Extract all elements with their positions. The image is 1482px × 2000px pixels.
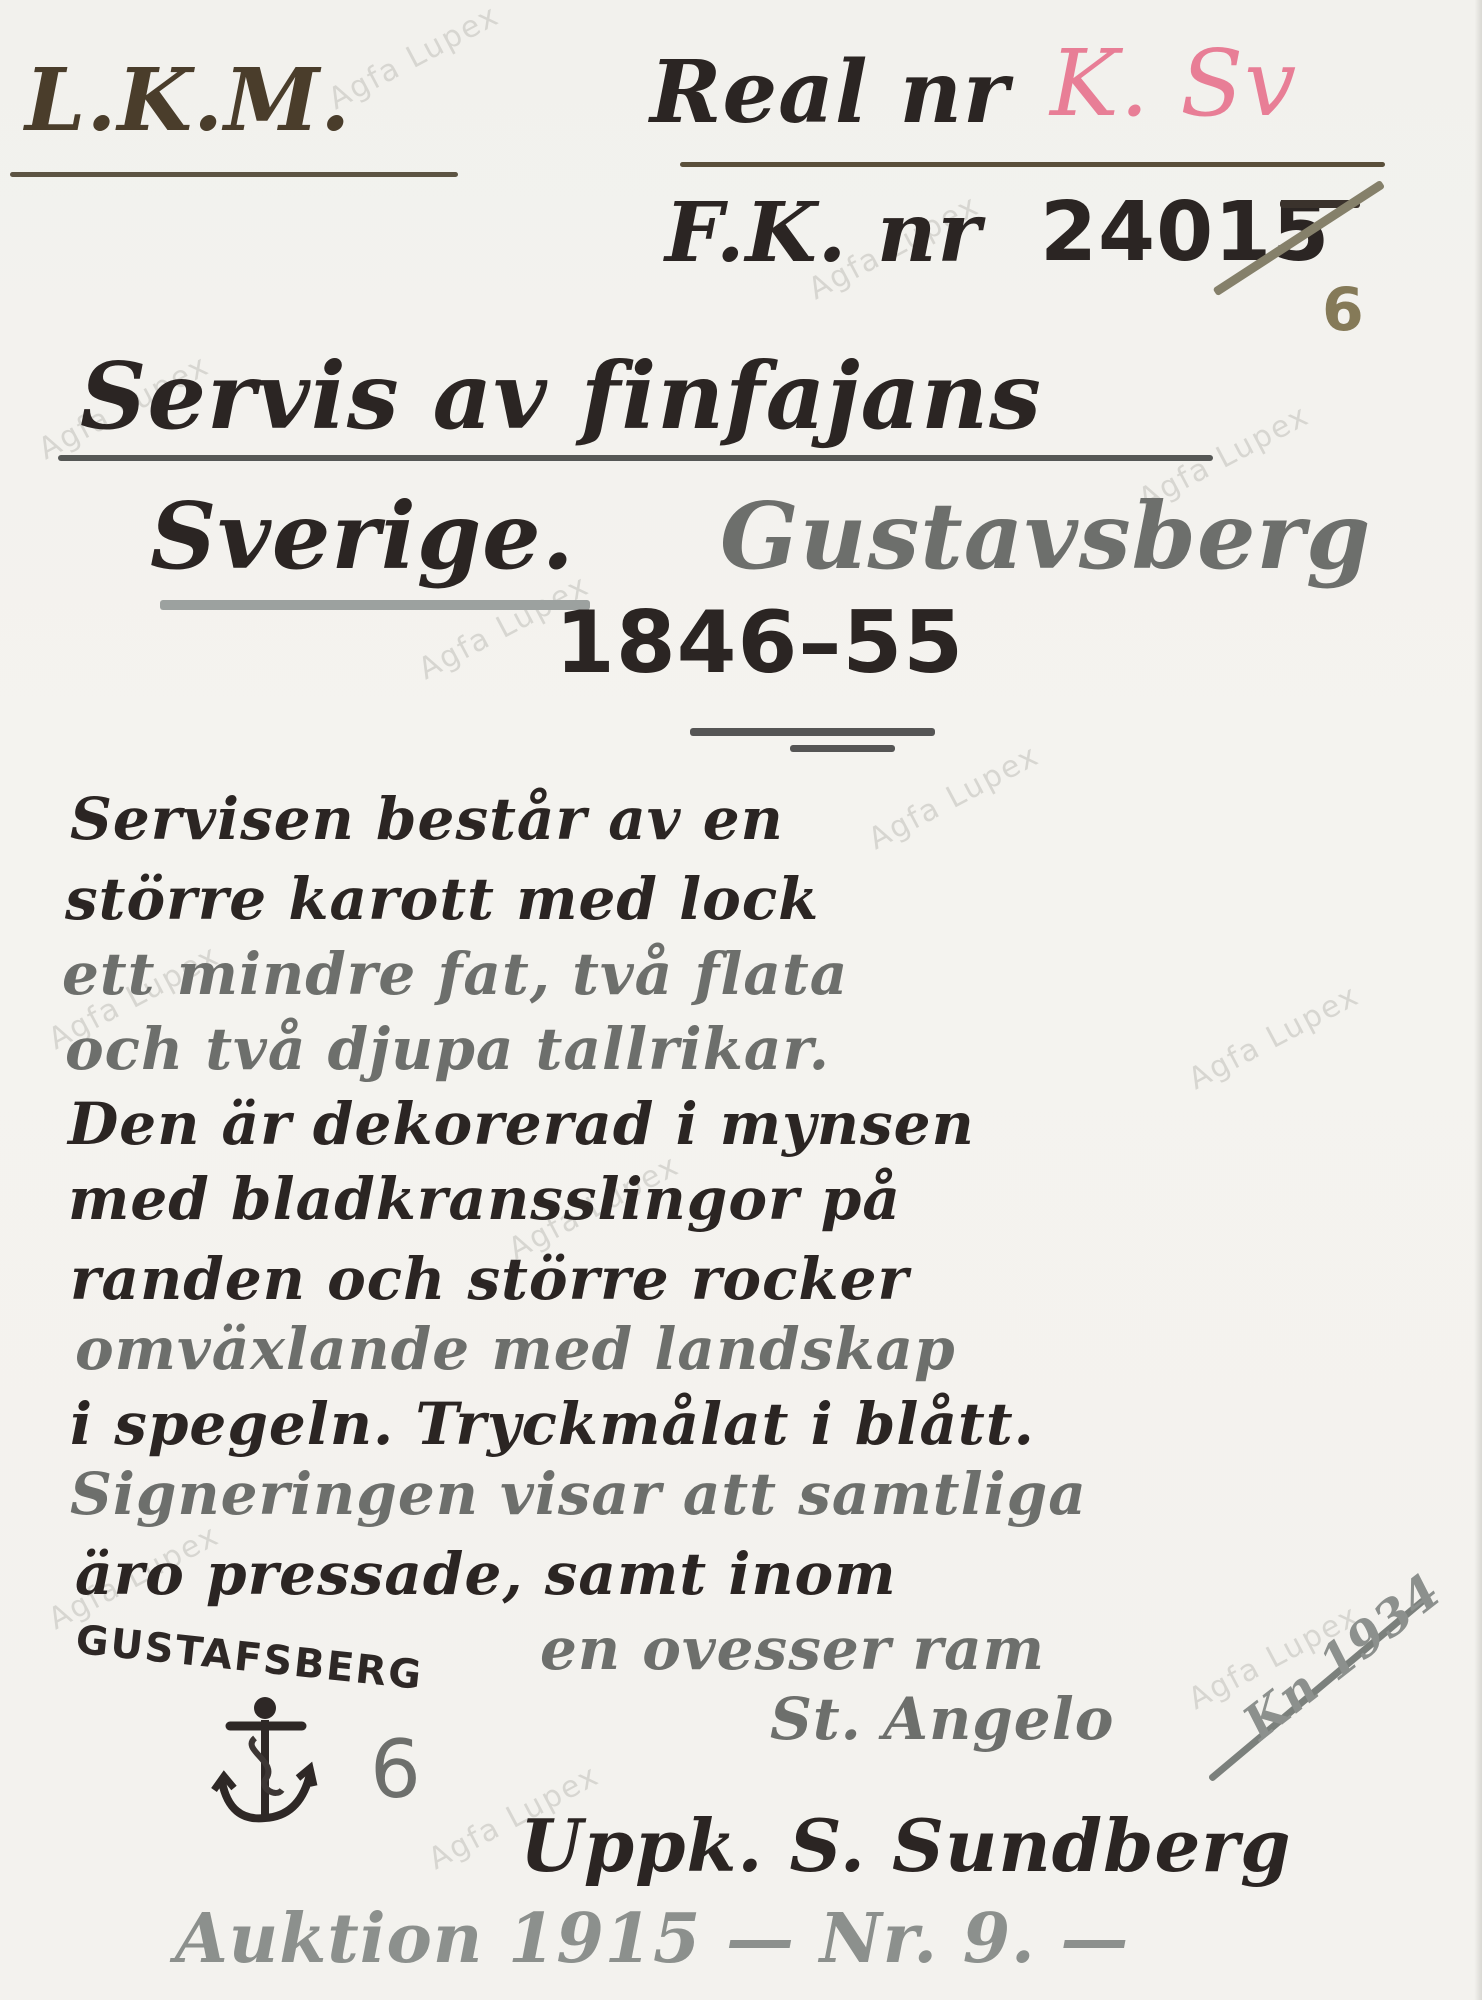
description-line: och två djupa tallrikar. xyxy=(65,1020,830,1078)
description-line: äro pressade, samt inom xyxy=(75,1545,897,1603)
description-line: en ovesser ram xyxy=(540,1620,1045,1678)
fk-nr-denominator: 6 xyxy=(1322,280,1365,340)
anchor-icon xyxy=(210,1690,320,1830)
makers-mark-number: 6 xyxy=(370,1730,422,1810)
title-line-1: Servis av finfajans xyxy=(80,350,1042,442)
title-underline xyxy=(58,455,1213,461)
description-line: med bladkransslingor på xyxy=(68,1170,901,1228)
catalog-card: Agfa Lupex Agfa Lupex Agfa Lupex Agfa Lu… xyxy=(0,0,1482,2000)
real-nr-value: K. Sv xyxy=(1050,38,1297,130)
collection-mark-underline xyxy=(10,172,458,177)
description-line: Servisen består av en xyxy=(70,790,784,848)
title-place: Gustavsberg xyxy=(720,490,1371,582)
section-separator xyxy=(790,745,895,752)
makers-mark-text: GUSTAFSBERG xyxy=(74,1617,426,1699)
title-country: Sverige. xyxy=(150,490,575,582)
fk-nr-label: F.K. nr xyxy=(665,192,982,274)
description-line: Den är dekorerad i mynsen xyxy=(68,1095,975,1153)
description-line: ett mindre fat, två flata xyxy=(62,945,848,1003)
pattern-name: St. Angelo xyxy=(770,1690,1114,1748)
description-line: Signeringen visar att samtliga xyxy=(70,1465,1087,1523)
description-line: större karott med lock xyxy=(65,870,819,928)
auction-note: Auktion 1915 — Nr. 9. — xyxy=(175,1905,1129,1973)
watermark: Agfa Lupex xyxy=(1183,978,1365,1097)
country-underline xyxy=(160,600,590,610)
collection-mark: L.K.M. xyxy=(25,58,351,144)
description-line: i spegeln. Tryckmålat i blått. xyxy=(70,1395,1035,1453)
real-nr-label: Real nr xyxy=(650,50,1009,136)
description-line: omväxlande med landskap xyxy=(75,1320,956,1378)
acquisition-note: Uppk. S. Sundberg xyxy=(520,1810,1292,1882)
title-dates: 1846–55 xyxy=(555,600,964,686)
watermark: Agfa Lupex xyxy=(863,738,1045,857)
section-separator xyxy=(690,728,935,736)
description-line: randen och större rocker xyxy=(70,1250,909,1308)
real-nr-underline xyxy=(680,162,1385,167)
